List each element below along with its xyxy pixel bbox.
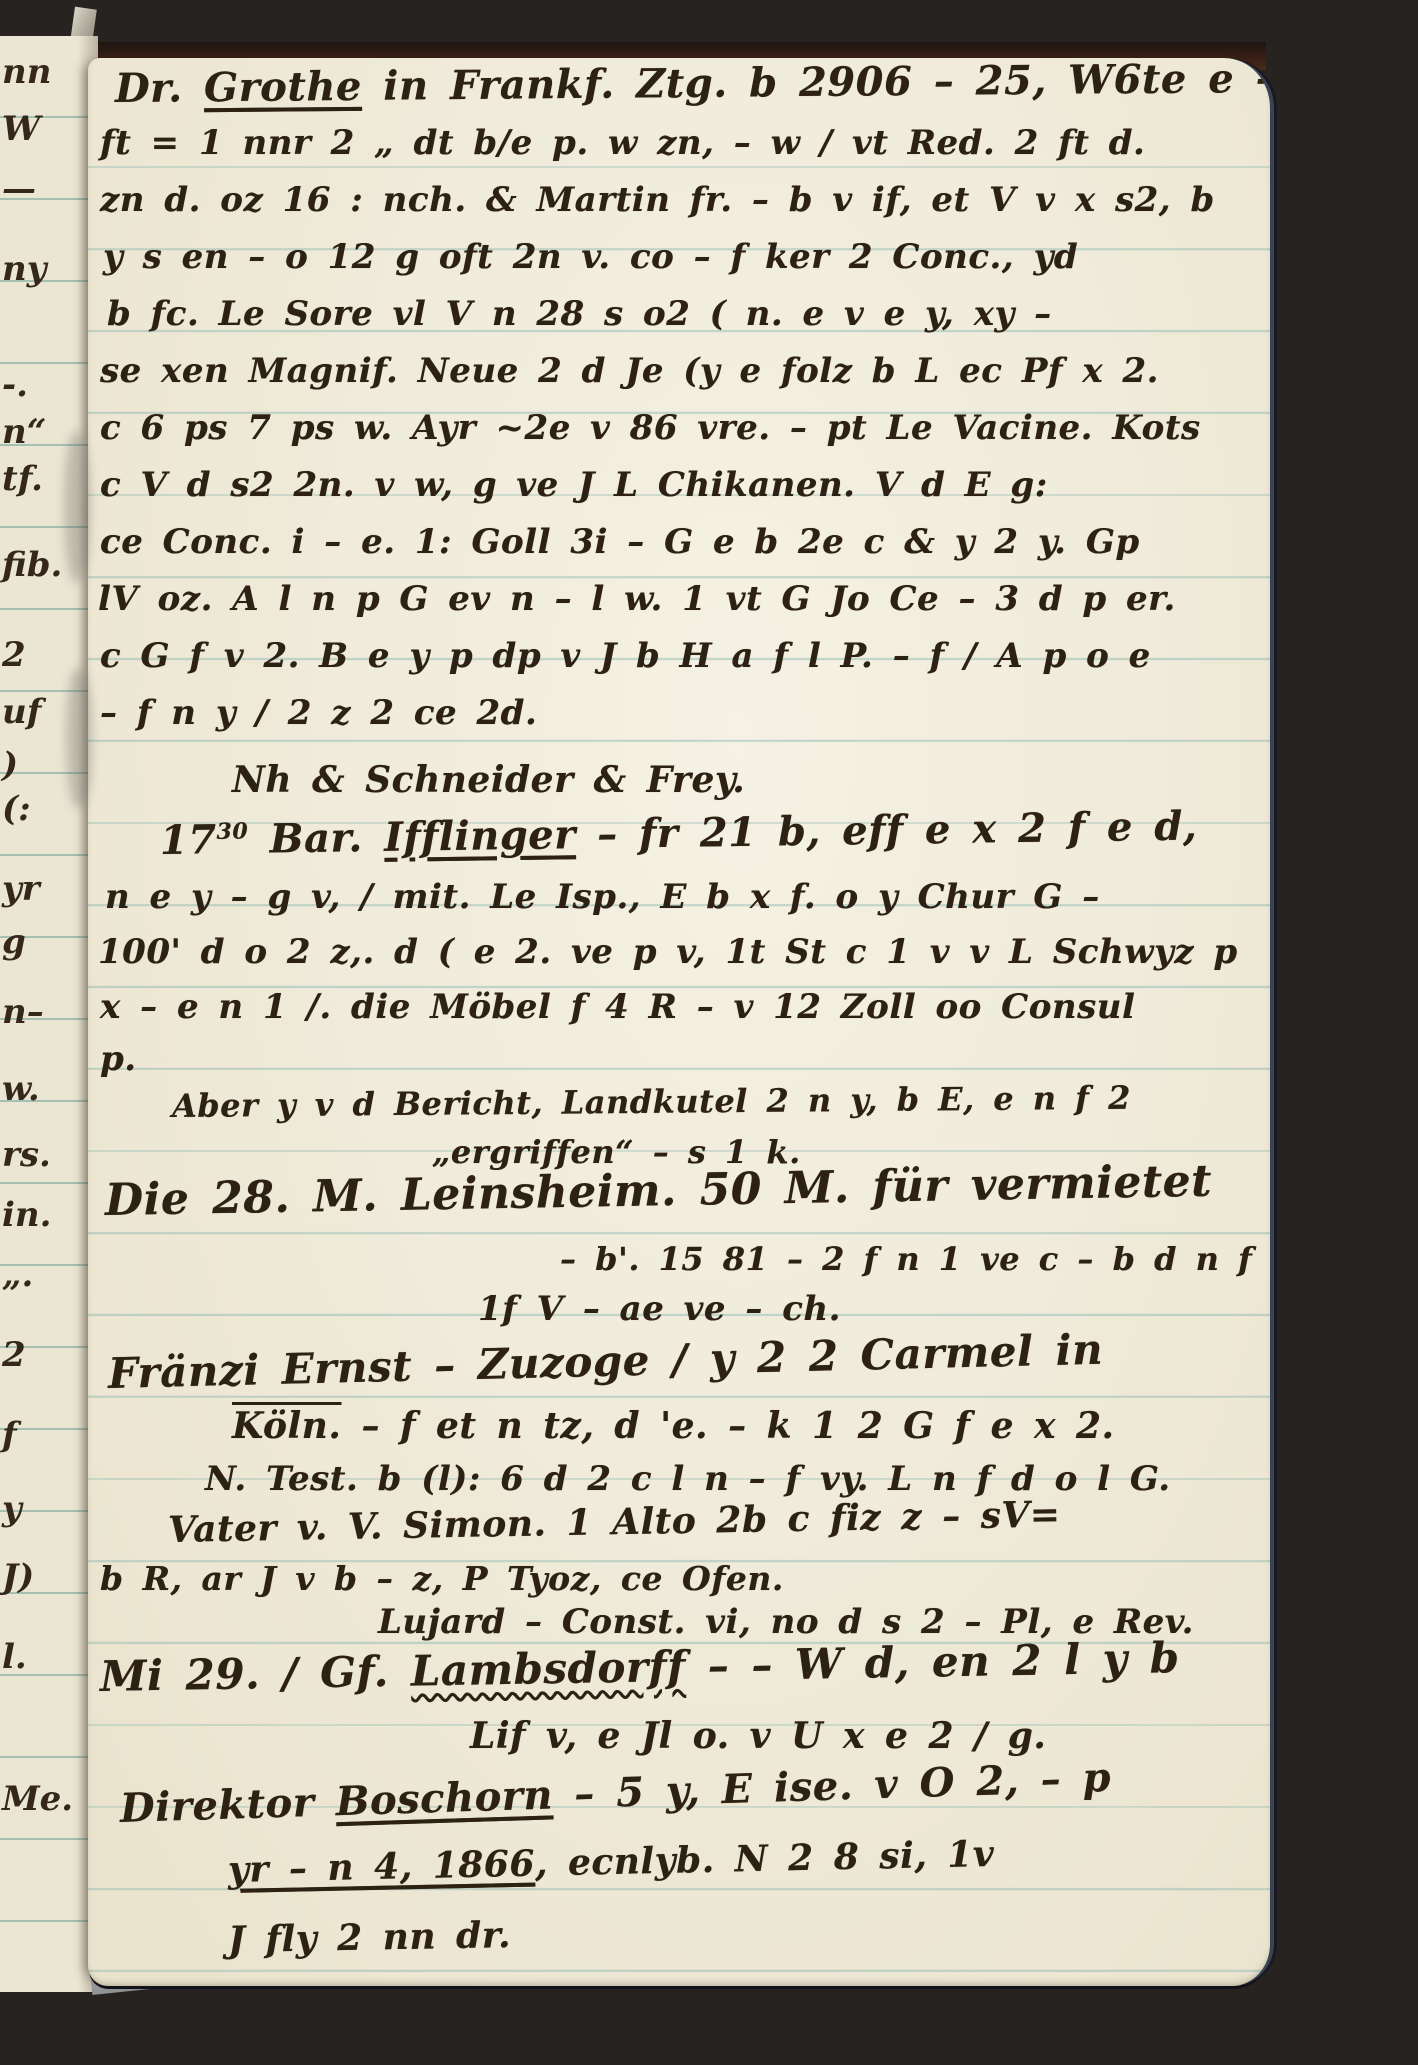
handwriting-text: se xen Magnif. Neue 2 d Je (y e folz b L… <box>100 351 1159 391</box>
handwriting-text: Fränzi Ernst – Zuzoge / y 2 2 Carmel in <box>107 1325 1103 1398</box>
handwriting-line: se xen Magnif. Neue 2 d Je (y e folz b L… <box>100 354 1159 390</box>
handwriting-underlined-word: Lambsdorff <box>410 1642 686 1696</box>
handwriting-text: ft = 1 nnr 2 „ dt b/e p. w zn, – w / vt … <box>100 123 1145 163</box>
handwriting-line: n e y – g v, / mit. Le Isp., E b x f. o … <box>105 880 1100 916</box>
facing-page-fragment: J) <box>2 1560 34 1594</box>
facing-page-fragment: g <box>2 925 26 959</box>
scan-background: { "document": { "kind": "handwritten not… <box>0 0 1418 2065</box>
facing-page-fragment: Me. <box>2 1782 73 1816</box>
handwriting-line: – b'. 15 81 – 2 f n 1 ve c – b d n f <box>560 1243 1252 1277</box>
handwriting-text: zn d. oz 16 : nch. & Martin fr. – b v if… <box>100 180 1215 220</box>
handwriting-text: Aber y v d Bericht, Landkutel 2 n y, b E… <box>172 1079 1131 1125</box>
handwriting-line: lV oz. A l n p G ev n – l w. 1 vt G Jo C… <box>98 582 1176 618</box>
handwriting-underlined-word: yr – n 4, 1866 <box>228 1843 536 1891</box>
facing-page-fragment: ny <box>2 252 46 286</box>
handwriting-text: ce Conc. i – e. 1: Goll 3i – G e b 2e c … <box>100 522 1140 562</box>
handwriting-line: ce Conc. i – e. 1: Goll 3i – G e b 2e c … <box>100 525 1140 561</box>
handwriting-line: c 6 ps 7 ps w. Ayr ~2e v 86 vre. – pt Le… <box>100 411 1201 447</box>
handwriting-line: – f n y / 2 z 2 ce 2d. <box>100 696 537 732</box>
facing-page-fragment: tf. <box>2 462 43 496</box>
handwriting-text: c G f v 2. B e y p dp v J b H a f l P. –… <box>100 636 1151 676</box>
handwriting-text: Mi 29. / Gf. <box>100 1647 412 1701</box>
handwriting-text: 100' d o 2 z,. d ( e 2. ve p v, 1t St c … <box>98 932 1238 972</box>
handwriting-line: Direktor Boschorn – 5 y, E ise. v O 2, –… <box>119 1757 1111 1830</box>
handwriting-line: x – e n 1 /. die Möbel f 4 R – v 12 Zoll… <box>100 990 1135 1026</box>
handwriting-line: N. Test. b (l): 6 d 2 c l n – f vy. L n … <box>205 1462 1171 1498</box>
handwriting-text: Nh & Schneider & Frey. <box>232 759 745 801</box>
facing-page-fragment: y <box>2 1492 22 1526</box>
handwriting-text: – f et n tz, d 'e. – k 1 2 G f e x 2. <box>341 1405 1114 1447</box>
handwriting-text: – b'. 15 81 – 2 f n 1 ve c – b d n f <box>560 1240 1252 1278</box>
handwriting-text: b fc. Le Sore vl V n 28 s o2 ( n. e v e … <box>107 294 1052 334</box>
handwriting-line: Nh & Schneider & Frey. <box>232 762 745 800</box>
handwriting-text: Die 28. M. Leinsheim. 50 M. für vermiete… <box>105 1156 1213 1226</box>
ink-smudge <box>64 432 90 582</box>
handwriting-text: y s en – o 12 g oft 2n v. co – f ker 2 C… <box>103 237 1078 277</box>
handwriting-line: Vater v. V. Simon. 1 Alto 2b c fiz z – s… <box>168 1496 1061 1549</box>
handwriting-line: Lif v, e Jl o. v U x e 2 / g. <box>470 1718 1046 1756</box>
notebook-page: Dr. Grothe in Frankf. Ztg. b 2906 – 25, … <box>88 58 1274 1986</box>
handwriting-line: Dr. Grothe in Frankf. Ztg. b 2906 – 25, … <box>115 58 1274 110</box>
handwriting-text: , ecnlyb. N 2 8 si, 1v <box>534 1833 994 1885</box>
facing-page-fragment: W <box>2 112 40 146</box>
ink-smudge <box>66 668 92 808</box>
facing-page-fragment: ) <box>2 748 18 782</box>
handwriting-text: x – e n 1 /. die Möbel f 4 R – v 12 Zoll… <box>100 987 1135 1027</box>
handwriting-line: Köln. – f et n tz, d 'e. – k 1 2 G f e x… <box>232 1408 1115 1446</box>
handwriting-line: Mi 29. / Gf. Lambsdorff – – W d, en 2 l … <box>100 1636 1180 1699</box>
facing-page-fragment: w. <box>2 1072 40 1106</box>
handwriting-text: – 5 y, E ise. v O 2, – p <box>552 1754 1112 1819</box>
handwriting-text: – – W d, en 2 l y b <box>685 1633 1180 1691</box>
handwriting-line: y s en – o 12 g oft 2n v. co – f ker 2 C… <box>103 240 1078 276</box>
facing-page-fragment: -. <box>2 368 28 402</box>
handwriting-line: b fc. Le Sore vl V n 28 s o2 ( n. e v e … <box>107 297 1052 333</box>
facing-page-fragment: nn <box>2 55 51 89</box>
handwriting-line: yr – n 4, 1866, ecnlyb. N 2 8 si, 1v <box>228 1836 995 1890</box>
facing-page-fragment: — <box>2 172 36 206</box>
handwriting-line: p. <box>100 1042 137 1078</box>
facing-page-fragment: rs. <box>2 1138 51 1172</box>
handwriting-text: c V d s2 2n. v w, g ve J L Chikanen. V d… <box>100 465 1048 505</box>
handwriting-line: ft = 1 nnr 2 „ dt b/e p. w zn, – w / vt … <box>100 126 1145 162</box>
handwriting-underlined-word: Ifflinger <box>384 811 576 861</box>
handwriting-line: 1730 Bar. Ifflinger – fr 21 b, eff e x 2… <box>160 806 1198 862</box>
handwriting-underlined-word: Köln. <box>232 1405 341 1447</box>
handwriting-line: b R, ar J v b – z, P Tyoz, ce Ofen. <box>100 1562 784 1597</box>
handwriting-text: c 6 ps 7 ps w. Ayr ~2e v 86 vre. – pt Le… <box>100 408 1201 448</box>
handwriting-text: n e y – g v, / mit. Le Isp., E b x f. o … <box>105 877 1100 917</box>
handwriting-line: c V d s2 2n. v w, g ve J L Chikanen. V d… <box>100 468 1048 504</box>
handwriting-text: Bar. <box>248 814 385 863</box>
handwriting-text: Vater v. V. Simon. 1 Alto 2b c fiz z – s… <box>168 1493 1061 1551</box>
handwriting-text: 30 <box>216 818 248 844</box>
facing-page-fragment: l. <box>2 1640 27 1674</box>
handwriting-line: zn d. oz 16 : nch. & Martin fr. – b v if… <box>100 183 1215 219</box>
handwriting-line: Fränzi Ernst – Zuzoge / y 2 2 Carmel in <box>107 1328 1103 1396</box>
handwriting-text: lV oz. A l n p G ev n – l w. 1 vt G Jo C… <box>98 579 1176 619</box>
previous-page-edge: nnW—ny-.n“tf.fib.2uf)(:yrgn–w.rs.in.„.2f… <box>0 36 98 1992</box>
handwriting-text: 17 <box>160 816 217 864</box>
handwriting-line: c G f v 2. B e y p dp v J b H a f l P. –… <box>100 639 1151 675</box>
facing-page-fragment: uf <box>2 695 41 729</box>
handwriting-line: J fly 2 nn dr. <box>228 1917 512 1960</box>
facing-page-fragment: (: <box>2 792 31 826</box>
handwriting-text: Lif v, e Jl o. v U x e 2 / g. <box>470 1715 1046 1757</box>
handwriting-line: 1f V – ae ve – ch. <box>478 1292 841 1328</box>
facing-page-fragment: 2 <box>2 1338 26 1372</box>
facing-page-fragment: n– <box>2 995 44 1029</box>
handwriting-text: Dr. <box>115 64 204 112</box>
handwriting-underlined-word: Grothe <box>204 63 362 111</box>
handwriting-text: Direktor <box>119 1778 336 1832</box>
facing-page-fragment: in. <box>2 1198 51 1232</box>
handwriting-line: Aber y v d Bericht, Landkutel 2 n y, b E… <box>172 1082 1131 1124</box>
handwriting-underlined-word: Boschorn <box>335 1771 554 1825</box>
handwriting-text: – f n y / 2 z 2 ce 2d. <box>100 693 537 733</box>
handwriting-text: p. <box>100 1039 137 1079</box>
handwriting-line: Die 28. M. Leinsheim. 50 M. für vermiete… <box>105 1159 1213 1225</box>
handwriting-text: J fly 2 nn dr. <box>228 1914 512 1961</box>
handwriting-text: in Frankf. Ztg. b 2906 – 25, W6te e – a <box>362 58 1274 110</box>
facing-page-fragment: f <box>2 1418 17 1452</box>
handwriting-line: 100' d o 2 z,. d ( e 2. ve p v, 1t St c … <box>98 935 1238 971</box>
handwriting-text: N. Test. b (l): 6 d 2 c l n – f vy. L n … <box>205 1459 1171 1499</box>
facing-page-fragment: fib. <box>2 548 62 582</box>
handwriting-text: 1f V – ae ve – ch. <box>478 1289 841 1329</box>
handwriting-text: b R, ar J v b – z, P Tyoz, ce Ofen. <box>100 1559 784 1598</box>
facing-page-fragment: n“ <box>2 415 46 449</box>
handwriting-text: – fr 21 b, eff e x 2 f e d, <box>575 803 1197 859</box>
facing-page-fragment: „. <box>2 1258 33 1292</box>
facing-page-fragment: 2 <box>2 638 26 672</box>
facing-page-fragment: yr <box>2 872 40 906</box>
